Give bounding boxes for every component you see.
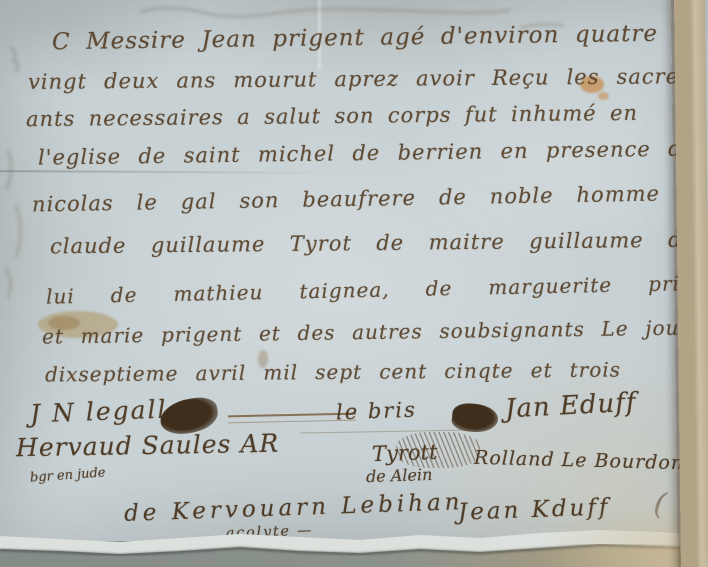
signature-jan-eduff: Jan Eduff — [504, 387, 637, 426]
signature-de-alein: de Alein — [366, 465, 433, 487]
scribble-hatch — [396, 432, 480, 468]
page-right-edge — [671, 0, 708, 567]
handwritten-line-7: lui de mathieu taignea, de marguerite pr… — [46, 271, 680, 309]
orange-stain-small — [598, 92, 609, 100]
handwritten-line-5: nicolas le gal son beaufrere de noble ho… — [32, 181, 660, 218]
handwritten-line-4: l'eglise de saint michel de berrien en p… — [38, 135, 696, 170]
manuscript-photo: C Messire Jean prigent agé d'environ qua… — [0, 0, 708, 567]
handwritten-line-8: et marie prigent et des autres soubsigna… — [42, 315, 690, 349]
stray-paren-mark: ( — [651, 485, 668, 524]
horizontal-crease — [0, 170, 340, 174]
torn-bottom-edge — [0, 522, 708, 562]
handwritten-line-9: dixseptieme avril mil sept cent cinqte e… — [45, 357, 621, 387]
signature-legall: J N legall — [29, 394, 167, 430]
signature-bourdonnec: Rolland Le Bourdonnec — [474, 447, 708, 477]
signature-lebris: le bris — [336, 397, 418, 426]
handwritten-line-6: claude guillaume Tyrot de maitre guillau… — [50, 227, 696, 260]
handwritten-line-1: C Messire Jean prigent agé d'environ qua… — [52, 20, 658, 57]
handwritten-line-3: ants necessaires a salut son corps fut i… — [26, 100, 638, 133]
signature-hervaud-title: bgr en jude — [30, 465, 107, 486]
signature-hervaud: Hervaud Saules AR — [16, 428, 280, 464]
